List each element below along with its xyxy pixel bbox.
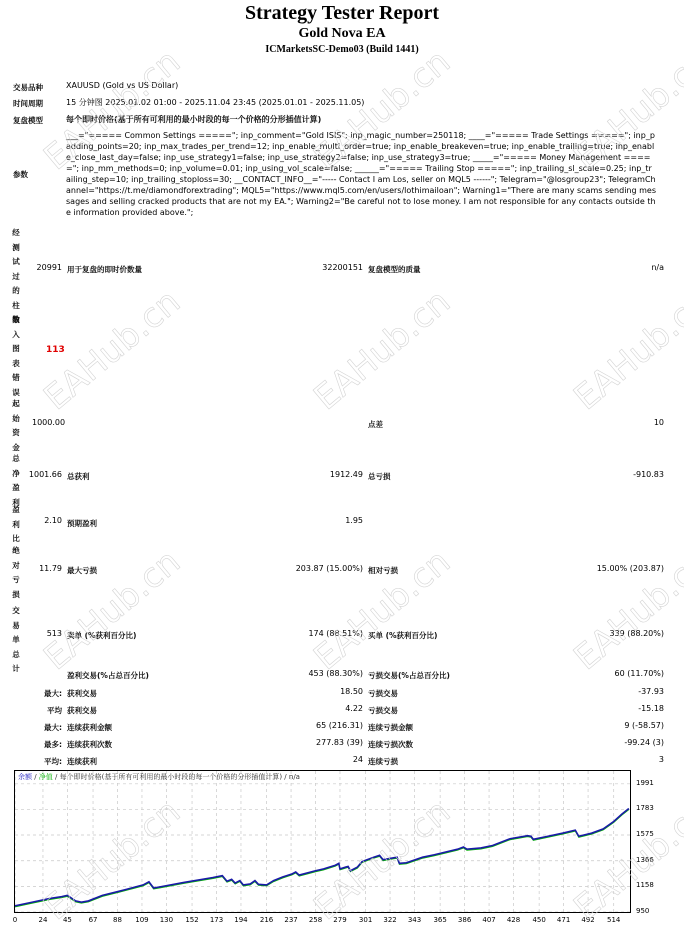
x-tick-label: 365 bbox=[433, 916, 446, 924]
most-consec-loss-value: -99.24 (3) bbox=[560, 738, 664, 747]
profit-trades-value: 453 (88.30%) bbox=[250, 669, 363, 678]
bars-value: 20991 bbox=[22, 263, 62, 272]
x-tick-label: 258 bbox=[309, 916, 322, 924]
avg-consec-wins-value: 24 bbox=[290, 755, 363, 764]
server-build: ICMarketsSC-Demo03 (Build 1441) bbox=[0, 44, 684, 55]
average-loss-label: 亏损交易 bbox=[368, 705, 398, 716]
largest-loss-label: 亏损交易 bbox=[368, 688, 398, 699]
profit-factor-label: 盈利比 bbox=[11, 503, 21, 547]
loss-trades-value: 60 (11.70%) bbox=[560, 669, 664, 678]
largest-label: 最大: bbox=[22, 688, 62, 699]
balance-chart bbox=[14, 770, 631, 913]
average-profit-value: 4.22 bbox=[290, 704, 363, 713]
errors-label: 输入图表错误 bbox=[11, 313, 21, 400]
most-consec-label: 最多: bbox=[22, 739, 62, 750]
x-tick-label: 407 bbox=[482, 916, 495, 924]
legend-balance: 余额 bbox=[18, 773, 32, 781]
period-label: 时间周期 bbox=[13, 98, 43, 109]
x-tick-label: 343 bbox=[408, 916, 421, 924]
y-tick-label: 950 bbox=[636, 907, 649, 915]
deposit-value: 1000.00 bbox=[32, 418, 65, 427]
x-tick-label: 386 bbox=[458, 916, 471, 924]
most-consec-profit-label: 连续获利次数 bbox=[67, 739, 112, 750]
x-tick-label: 130 bbox=[160, 916, 173, 924]
max-consec-label: 最大: bbox=[22, 722, 62, 733]
deposit-label: 起始资金 bbox=[11, 397, 21, 455]
errors-value: 113 bbox=[46, 345, 65, 355]
period-value: 15 分钟图 2025.01.02 01:00 - 2025.11.04 23:… bbox=[66, 97, 364, 108]
y-tick-label: 1158 bbox=[636, 881, 654, 889]
report-title: Strategy Tester Report bbox=[0, 2, 684, 25]
watermark-text: EAHub.cn bbox=[566, 542, 684, 678]
net-profit-label: 总净盈利 bbox=[11, 452, 21, 510]
balance-chart-plot bbox=[15, 771, 630, 912]
watermark-text: EAHub.cn bbox=[306, 282, 458, 418]
x-tick-label: 492 bbox=[581, 916, 594, 924]
x-tick-label: 194 bbox=[234, 916, 247, 924]
abs-drawdown-value: 11.79 bbox=[22, 564, 62, 573]
ea-name: Gold Nova EA bbox=[0, 26, 684, 42]
x-tick-label: 173 bbox=[210, 916, 223, 924]
x-tick-label: 216 bbox=[260, 916, 273, 924]
average-loss-value: -15.18 bbox=[600, 704, 664, 713]
average-profit-label: 获利交易 bbox=[67, 705, 97, 716]
total-trades-label: 交易单总计 bbox=[11, 604, 21, 677]
watermark-text: EAHub.cn bbox=[36, 542, 188, 678]
profit-trades-label: 盈利交易(%占总百分比) bbox=[67, 670, 149, 681]
max-drawdown-value: 203.87 (15.00%) bbox=[250, 564, 363, 573]
x-tick-label: 24 bbox=[38, 916, 47, 924]
gross-loss-value: -910.83 bbox=[600, 470, 664, 479]
x-tick-label: 514 bbox=[607, 916, 620, 924]
max-consec-wins-value: 65 (216.31) bbox=[250, 721, 363, 730]
max-consec-losses-value: 9 (-58.57) bbox=[560, 721, 664, 730]
avg-consec-losses-label: 连续亏损 bbox=[368, 756, 398, 767]
avg-consec-label: 平均: bbox=[22, 756, 62, 767]
avg-consec-losses-value: 3 bbox=[600, 755, 664, 764]
most-consec-profit-value: 277.83 (39) bbox=[250, 738, 363, 747]
largest-profit-label: 获利交易 bbox=[67, 688, 97, 699]
max-consec-losses-label: 连续亏损金额 bbox=[368, 722, 413, 733]
largest-loss-value: -37.93 bbox=[600, 687, 664, 696]
legend-sep: / bbox=[32, 773, 39, 781]
x-tick-label: 450 bbox=[532, 916, 545, 924]
x-tick-label: 428 bbox=[507, 916, 520, 924]
x-tick-label: 109 bbox=[135, 916, 148, 924]
average-label: 平均 bbox=[22, 705, 62, 716]
quality-value: n/a bbox=[600, 263, 664, 272]
model-label: 复盘模型 bbox=[13, 115, 43, 126]
watermark-text: EAHub.cn bbox=[566, 282, 684, 418]
rel-drawdown-value: 15.00% (203.87) bbox=[560, 564, 664, 573]
x-tick-label: 152 bbox=[185, 916, 198, 924]
ticks-label: 用于复盘的即时价数量 bbox=[67, 264, 142, 275]
rel-drawdown-label: 相对亏损 bbox=[368, 565, 398, 576]
long-trades-label: 买单 (%获利百分比) bbox=[368, 630, 437, 641]
net-profit-value: 1001.66 bbox=[22, 470, 62, 479]
x-tick-label: 237 bbox=[284, 916, 297, 924]
x-tick-label: 45 bbox=[63, 916, 72, 924]
x-tick-label: 279 bbox=[333, 916, 346, 924]
max-consec-wins-label: 连续获利金额 bbox=[67, 722, 112, 733]
gross-loss-label: 总亏损 bbox=[368, 471, 391, 482]
watermark-text: EAHub.cn bbox=[306, 542, 458, 678]
y-tick-label: 1783 bbox=[636, 804, 654, 812]
y-tick-label: 1366 bbox=[636, 856, 654, 864]
expected-payoff-label: 预期盈利 bbox=[67, 518, 97, 529]
x-tick-label: 322 bbox=[383, 916, 396, 924]
params-label: 参数 bbox=[13, 169, 28, 180]
short-trades-value: 174 (88.51%) bbox=[250, 629, 363, 638]
model-value: 每个即时价格(基于所有可利用的最小时段的每一个价格的分形插值计算) bbox=[66, 114, 321, 125]
x-tick-label: 301 bbox=[359, 916, 372, 924]
symbol-value: XAUUSD (Gold vs US Dollar) bbox=[66, 81, 178, 90]
chart-legend: 余额 / 净值 / 每个即时价格(基于所有可利用的最小时段的每一个价格的分形插值… bbox=[18, 772, 300, 782]
abs-drawdown-label: 绝对亏损 bbox=[11, 544, 21, 602]
spread-label: 点差 bbox=[368, 419, 383, 430]
most-consec-loss-label: 连续亏损次数 bbox=[368, 739, 413, 750]
y-tick-label: 1991 bbox=[636, 779, 654, 787]
legend-rest: / 每个即时价格(基于所有可利用的最小时段的每一个价格的分形插值计算) / n/… bbox=[53, 773, 300, 781]
params-value: ___="===== Common Settings ====="; inp_c… bbox=[66, 130, 656, 218]
x-tick-label: 0 bbox=[13, 916, 17, 924]
total-trades-value: 513 bbox=[22, 629, 62, 638]
profit-factor-value: 2.10 bbox=[22, 516, 62, 525]
largest-profit-value: 18.50 bbox=[290, 687, 363, 696]
x-tick-label: 471 bbox=[557, 916, 570, 924]
quality-label: 复盘模型的质量 bbox=[368, 264, 421, 275]
long-trades-value: 339 (88.20%) bbox=[560, 629, 664, 638]
legend-equity: 净值 bbox=[39, 773, 53, 781]
avg-consec-wins-label: 连续获利 bbox=[67, 756, 97, 767]
max-drawdown-label: 最大亏损 bbox=[67, 565, 97, 576]
short-trades-label: 卖单 (%获利百分比) bbox=[67, 630, 136, 641]
y-tick-label: 1575 bbox=[636, 830, 654, 838]
expected-payoff-value: 1.95 bbox=[290, 516, 363, 525]
loss-trades-label: 亏损交易(%占总百分比) bbox=[368, 670, 450, 681]
gross-profit-label: 总获利 bbox=[67, 471, 90, 482]
x-tick-label: 67 bbox=[89, 916, 98, 924]
ticks-value: 32200151 bbox=[290, 263, 363, 272]
spread-value: 10 bbox=[600, 418, 664, 427]
gross-profit-value: 1912.49 bbox=[290, 470, 363, 479]
x-tick-label: 88 bbox=[113, 916, 122, 924]
symbol-label: 交易品种 bbox=[13, 82, 43, 93]
